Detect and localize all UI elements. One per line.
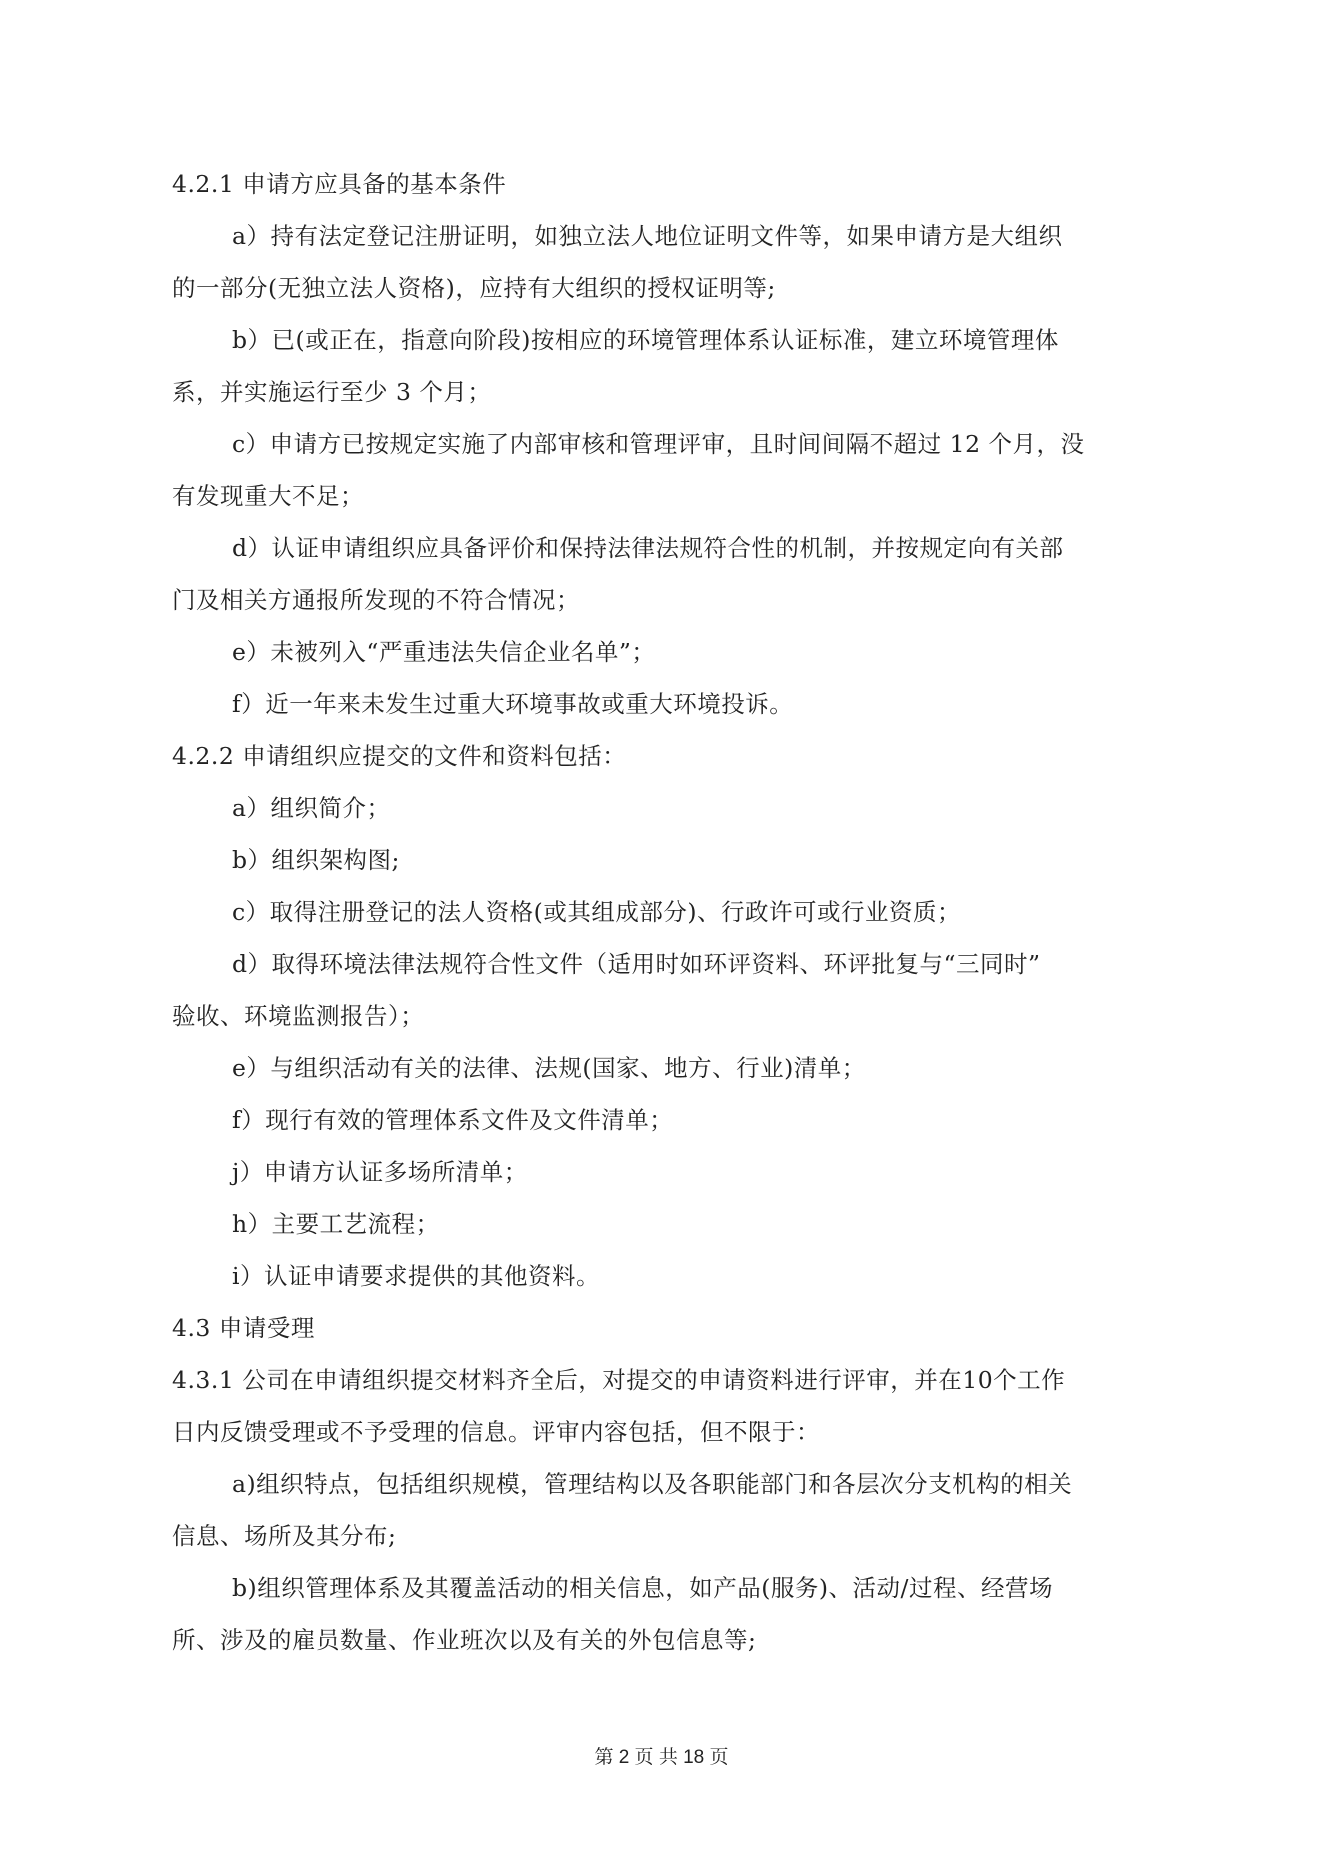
list-item: a)组织特点，包括组织规模，管理结构以及各职能部门和各层次分支机构的相关	[172, 1458, 1182, 1510]
paragraph-line: 有发现重大不足；	[172, 470, 1182, 522]
list-item: c）取得注册登记的法人资格(或其组成部分)、行政许可或行业资质；	[172, 886, 1182, 938]
list-item-continuation: 所、涉及的雇员数量、作业班次以及有关的外包信息等;	[172, 1614, 1182, 1666]
list-item: j）申请方认证多场所清单；	[172, 1146, 1182, 1198]
paragraph-line: e）未被列入“严重违法失信企业名单”；	[172, 626, 1182, 678]
paragraph-line: 门及相关方通报所发现的不符合情况；	[172, 574, 1182, 626]
document-body: 4.2.1 申请方应具备的基本条件 a）持有法定登记注册证明，如独立法人地位证明…	[172, 158, 1182, 1666]
section-heading-4-2-1: 4.2.1 申请方应具备的基本条件	[172, 158, 1182, 210]
list-item: a）组织简介；	[172, 782, 1182, 834]
list-item: i）认证申请要求提供的其他资料。	[172, 1250, 1182, 1302]
list-item: b）组织架构图;	[172, 834, 1182, 886]
section-heading-4-2-2: 4.2.2 申请组织应提交的文件和资料包括：	[172, 730, 1182, 782]
paragraph-line: f）近一年来未发生过重大环境事故或重大环境投诉。	[172, 678, 1182, 730]
list-item: h）主要工艺流程；	[172, 1198, 1182, 1250]
list-item: f）现行有效的管理体系文件及文件清单；	[172, 1094, 1182, 1146]
paragraph-line: 日内反馈受理或不予受理的信息。评审内容包括，但不限于：	[172, 1406, 1182, 1458]
list-item: b)组织管理体系及其覆盖活动的相关信息，如产品(服务)、活动/过程、经营场	[172, 1562, 1182, 1614]
document-page: 4.2.1 申请方应具备的基本条件 a）持有法定登记注册证明，如独立法人地位证明…	[0, 0, 1323, 1871]
section-heading-4-3: 4.3 申请受理	[172, 1302, 1182, 1354]
paragraph-line: a）持有法定登记注册证明，如独立法人地位证明文件等，如果申请方是大组织	[172, 210, 1182, 262]
list-item-continuation: 信息、场所及其分布;	[172, 1510, 1182, 1562]
list-item: d）取得环境法律法规符合性文件（适用时如环评资料、环评批复与“三同时”	[172, 938, 1182, 990]
paragraph-line: 系，并实施运行至少 3 个月；	[172, 366, 1182, 418]
section-heading-4-3-1: 4.3.1 公司在申请组织提交材料齐全后，对提交的申请资料进行评审，并在10个工…	[172, 1354, 1182, 1406]
paragraph-line: 的一部分(无独立法人资格)，应持有大组织的授权证明等;	[172, 262, 1182, 314]
list-item-continuation: 验收、环境监测报告）；	[172, 990, 1182, 1042]
paragraph-line: d）认证申请组织应具备评价和保持法律法规符合性的机制，并按规定向有关部	[172, 522, 1182, 574]
paragraph-line: b）已(或正在，指意向阶段)按相应的环境管理体系认证标准，建立环境管理体	[172, 314, 1182, 366]
paragraph-line: c）申请方已按规定实施了内部审核和管理评审，且时间间隔不超过 12 个月，没	[172, 418, 1182, 470]
page-number-footer: 第 2 页 共 18 页	[0, 1742, 1323, 1769]
list-item: e）与组织活动有关的法律、法规(国家、地方、行业)清单；	[172, 1042, 1182, 1094]
